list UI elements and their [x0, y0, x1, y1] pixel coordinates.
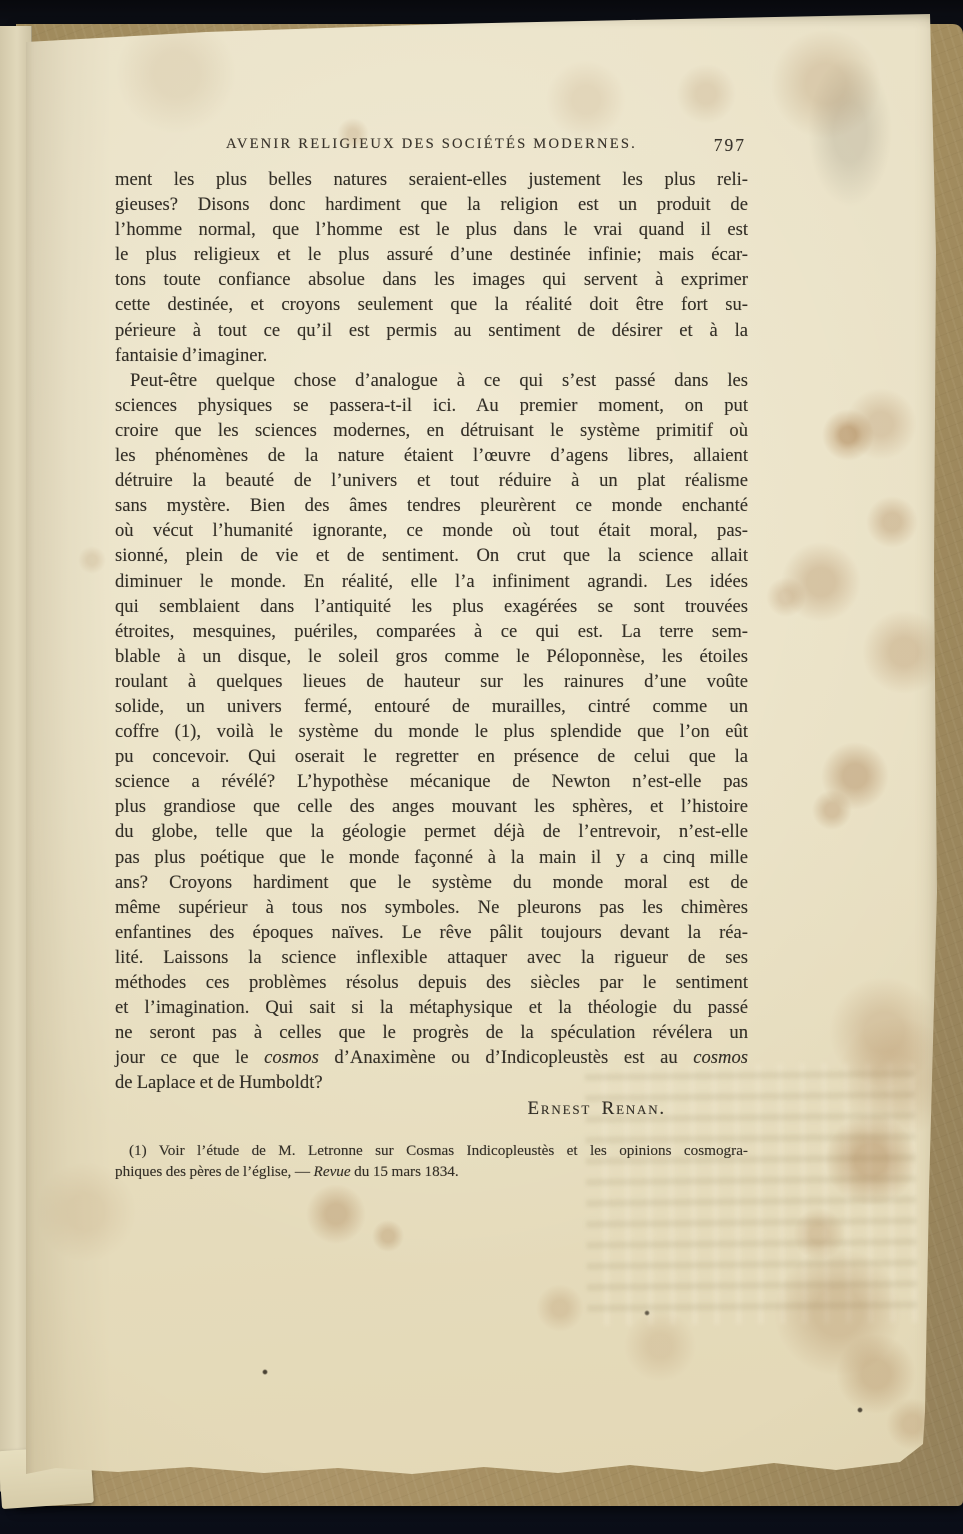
text-line: solide, un univers fermé, entouré de mur…	[115, 694, 748, 719]
text-line: qui semblaient dans l’antiquité les plus…	[115, 594, 748, 619]
text-line: cette destinée, et croyons seulement que…	[115, 292, 748, 317]
book-page: AVENIR RELIGIEUX DES SOCIÉTÉS MODERNES. …	[26, 12, 943, 1494]
text-line: sans mystère. Bien des âmes tendres pleu…	[115, 493, 748, 518]
text-line: étroites, mesquines, puériles, comparées…	[115, 619, 748, 644]
text-line: roulant à quelques lieues de hauteur sur…	[115, 669, 748, 694]
photo-background: AVENIR RELIGIEUX DES SOCIÉTÉS MODERNES. …	[0, 0, 963, 1534]
text-line: science a révélé? L’hypothèse mécanique …	[115, 769, 748, 794]
text-line: ne seront pas à celles que le progrès de…	[115, 1020, 748, 1045]
text-line: enfantines des époques naïves. Le rêve p…	[115, 920, 748, 945]
text-line: détruire la beauté de l’univers et tout …	[115, 468, 748, 493]
text-line: périeure à tout ce qu’il est permis au s…	[115, 318, 748, 343]
body-text: ment les plus belles natures seraient-el…	[115, 167, 748, 1095]
text-line: coffre (1), voilà le système du monde le…	[115, 719, 748, 744]
text-line: fantaisie d’imaginer.	[115, 343, 748, 368]
text-line: les phénomènes de la nature étaient l’œu…	[115, 443, 748, 468]
text-line: sionné, plein de vie et de sentiment. On…	[115, 543, 748, 568]
text-line: Peut-être quelque chose d’analogue à ce …	[115, 368, 748, 393]
text-line: tons toute confiance absolue dans les im…	[115, 267, 748, 292]
text-line: gieuses? Disons donc hardiment que la re…	[115, 192, 748, 217]
text-line: (1) Voir l’étude de M. Letronne sur Cosm…	[115, 1141, 748, 1162]
text-line: phiques des pères de l’église, — Revue d…	[115, 1162, 748, 1183]
text-line: même supérieur à tous nos symboles. Ne p…	[115, 895, 748, 920]
text-line: croire que les sciences modernes, en dét…	[115, 418, 748, 443]
text-line: et l’imagination. Qui sait si la métaphy…	[115, 995, 748, 1020]
page-number: 797	[714, 135, 746, 156]
text-line: l’homme normal, que l’homme est le plus …	[115, 217, 748, 242]
text-line: méthodes ces problèmes résolus depuis de…	[115, 970, 748, 995]
text-line: où vécut l’humanité ignorante, ce monde …	[115, 518, 748, 543]
text-line: plus grandiose que celle des anges mouva…	[115, 794, 748, 819]
text-line: de Laplace et de Humboldt?	[115, 1070, 748, 1095]
page-content: AVENIR RELIGIEUX DES SOCIÉTÉS MODERNES. …	[115, 134, 748, 1183]
text-line: ans? Croyons hardiment que le système du…	[115, 870, 748, 895]
text-line: pu concevoir. Qui oserait le regretter e…	[115, 744, 748, 769]
text-line: du globe, telle que la géologie permet d…	[115, 819, 748, 844]
text-line: ment les plus belles natures seraient-el…	[115, 167, 748, 192]
running-head: AVENIR RELIGIEUX DES SOCIÉTÉS MODERNES. …	[115, 134, 748, 157]
author-signature: Ernest Renan.	[115, 1096, 748, 1121]
text-line: sciences physiques se passera-t-il ici. …	[115, 393, 748, 418]
footnote: (1) Voir l’étude de M. Letronne sur Cosm…	[115, 1141, 748, 1182]
text-line: pas plus poétique que le monde façonné à…	[115, 845, 748, 870]
text-line: le plus religieux et le plus assuré d’un…	[115, 242, 748, 267]
text-line: blable à un disque, le soleil gros comme…	[115, 644, 748, 669]
text-line: diminuer le monde. En réalité, elle l’a …	[115, 569, 748, 594]
text-line: jour ce que le cosmos d’Anaximène ou d’I…	[115, 1045, 748, 1070]
text-line: lité. Laissons la science inflexible att…	[115, 945, 748, 970]
page-header-title: AVENIR RELIGIEUX DES SOCIÉTÉS MODERNES.	[226, 136, 637, 152]
